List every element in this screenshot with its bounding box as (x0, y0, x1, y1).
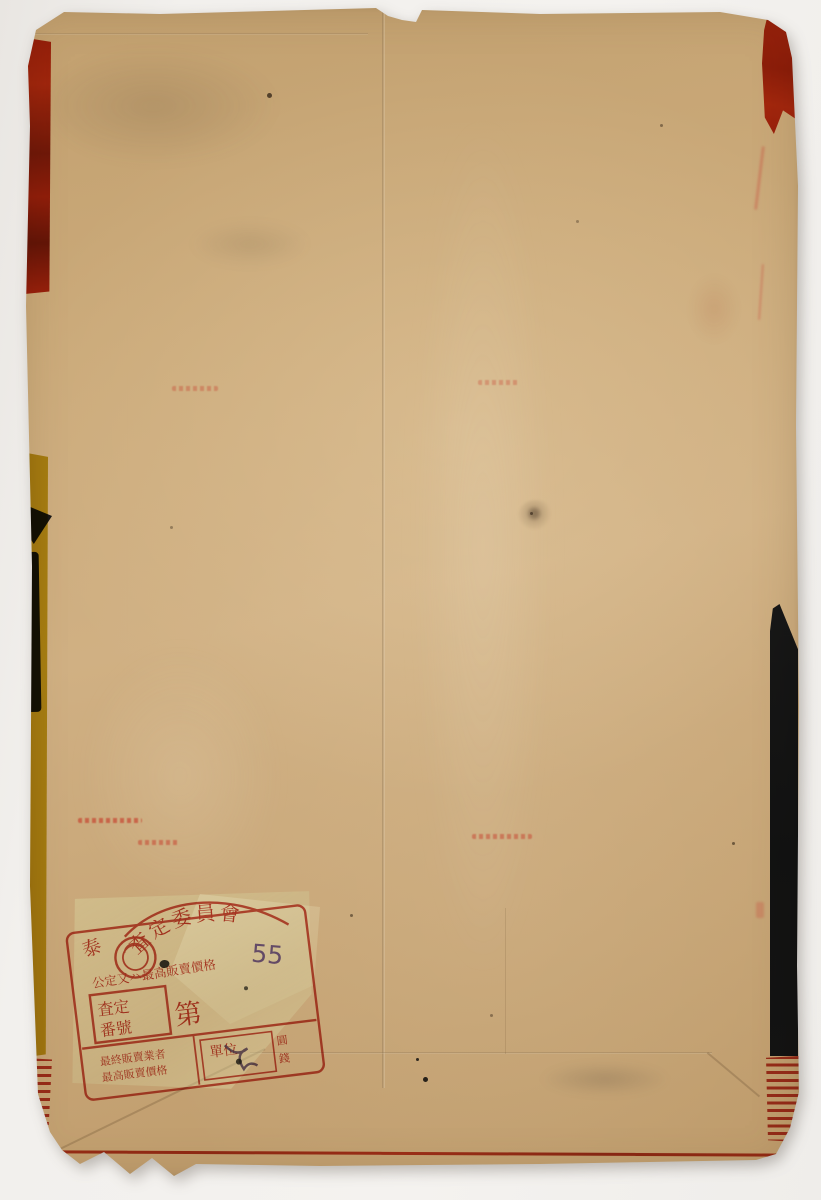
fold-crease-vertical (382, 6, 385, 1088)
stamp-arc-text-path: 査定委員會 (120, 896, 249, 960)
stamp-corner-char: 泰 (79, 935, 105, 962)
handwritten-number: 55 (250, 939, 284, 971)
stamp-assess-line2: 番號 (99, 1018, 133, 1041)
impression-line-diagonal (707, 1052, 760, 1097)
stain (50, 46, 280, 166)
faint-red-print-mark (478, 380, 518, 385)
stain (190, 221, 310, 267)
price-assessment-stamp: 査定委員會 泰 公定又ハ最高販賣價格 査定 番號 第 最終販賣業者 最高販賣價格… (56, 867, 343, 1115)
ink-speck (244, 986, 248, 990)
red-scribble (756, 902, 764, 918)
paper-sheet: 査定委員會 泰 公定又ハ最高販賣價格 査定 番號 第 最終販賣業者 最高販賣價格… (20, 6, 800, 1176)
red-scribble (754, 146, 765, 210)
stamp-yen-label: 圓 (276, 1034, 289, 1048)
faint-red-print-mark (472, 834, 532, 839)
red-scribble (758, 264, 764, 320)
stain (688, 274, 740, 344)
bottom-red-rule (56, 1150, 788, 1156)
stamp-arc-text: 査定委員會 (120, 896, 249, 960)
impression-line-vertical (505, 908, 506, 1054)
light-patch (80, 646, 280, 906)
faint-red-print-mark (138, 840, 178, 845)
stripes-red-left (21, 1058, 52, 1134)
stamp-number-prefix: 第 (173, 998, 204, 1032)
edge-strip-red-left (24, 38, 51, 294)
light-band (418, 126, 548, 966)
stamp-divider-vertical (193, 1035, 199, 1085)
faint-red-print-mark (78, 818, 142, 823)
specks (20, 6, 23, 9)
stripes-red-right (766, 1056, 799, 1142)
faint-red-print-mark (172, 386, 218, 391)
edge-block-navy-right (770, 604, 798, 1056)
corner-patch-red-right (762, 16, 797, 134)
crease-top-horizontal (20, 33, 368, 35)
stamp-assess-line1: 査定 (96, 997, 130, 1020)
black-bar-mark (22, 552, 42, 712)
smudge (540, 1062, 670, 1096)
stamp-sen-label: 錢 (278, 1050, 291, 1065)
ink-spot (518, 500, 554, 530)
scanned-cover-back: 査定委員會 泰 公定又ハ最高販賣價格 査定 番號 第 最終販賣業者 最高販賣價格… (0, 0, 821, 1200)
